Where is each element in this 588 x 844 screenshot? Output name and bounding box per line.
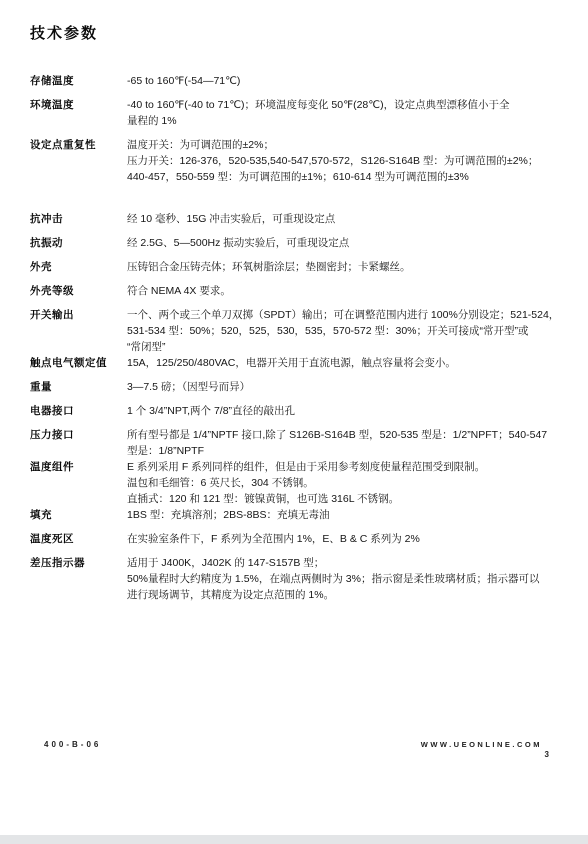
- spec-value: 15A，125/250/480VAC，电器开关用于直流电源，触点容量将会变小。: [127, 355, 560, 371]
- spec-row-ambient-temp: 环境温度 -40 to 160℉(-40 to 71℃)；环境温度每变化 50℉…: [30, 97, 560, 129]
- spec-row-electrical-connection: 电器接口 1 个 3/4”NPT,两个 7/8”直径的敲出孔: [30, 403, 560, 419]
- spec-row-shock-resistance: 抗冲击 经 10 毫秒、15G 冲击实验后，可重现设定点: [30, 211, 560, 227]
- spec-value: -40 to 160℉(-40 to 71℃)；环境温度每变化 50℉(28℃)…: [127, 97, 560, 129]
- spec-table: 存储温度 -65 to 160℉(-54—71℃) 环境温度 -40 to 16…: [30, 73, 560, 603]
- spec-row-fill: 填充 1BS 型：充填溶剂；2BS-8BS：充填无毒油: [30, 507, 560, 523]
- spec-label: 抗振动: [30, 235, 127, 251]
- spec-label: 电器接口: [30, 403, 127, 419]
- spec-label: 设定点重复性: [30, 137, 127, 185]
- bottom-edge-strip: [0, 835, 588, 844]
- website-text: WWW.UEONLINE.COM: [421, 740, 542, 749]
- document-code: 400-B-06: [44, 740, 101, 749]
- spec-row-pressure-connection: 压力接口 所有型号都是 1/4”NPTF 接口,除了 S126B-S164B 型…: [30, 427, 560, 459]
- spec-row-enclosure-rating: 外壳等级 符合 NEMA 4X 要求。: [30, 283, 560, 299]
- spec-label: 压力接口: [30, 427, 127, 459]
- spec-value: 在实验室条件下，F 系列为全范围内 1%，E、B & C 系列为 2%: [127, 531, 560, 547]
- spec-label: 外壳等级: [30, 283, 127, 299]
- spec-value: 1BS 型：充填溶剂；2BS-8BS：充填无毒油: [127, 507, 560, 523]
- spec-value: 经 10 毫秒、15G 冲击实验后，可重现设定点: [127, 211, 560, 227]
- page-number: 3: [421, 750, 549, 759]
- spec-value: -65 to 160℉(-54—71℃): [127, 73, 560, 89]
- spec-label: 温度组件: [30, 459, 127, 507]
- spec-value: E 系列采用 F 系列同样的组件，但是由于采用参考刻度使量程范围受到限制。 温包…: [127, 459, 560, 507]
- spec-row-enclosure: 外壳 压铸铝合金压铸壳体；环氧树脂涂层；垫圈密封；卡紧螺丝。: [30, 259, 560, 275]
- spec-label: 重量: [30, 379, 127, 395]
- page-title: 技术参数: [30, 22, 560, 43]
- spec-value: 温度开关：为可调范围的±2%； 压力开关：126-376，520-535,540…: [127, 137, 560, 185]
- spec-label: 差压指示器: [30, 555, 127, 603]
- spec-value: 一个、两个或三个单刀双掷（SPDT）输出；可在调整范围内进行 100%分别设定；…: [127, 307, 560, 355]
- spec-value: 经 2.5G、5—500Hz 振动实验后，可重现设定点: [127, 235, 560, 251]
- spec-row-temperature-deadband: 温度死区 在实验室条件下，F 系列为全范围内 1%，E、B & C 系列为 2%: [30, 531, 560, 547]
- spec-value: 适用于 J400K，J402K 的 147-S157B 型； 50%量程时大约精…: [127, 555, 560, 603]
- spec-value: 所有型号都是 1/4”NPTF 接口,除了 S126B-S164B 型，520-…: [127, 427, 560, 459]
- spec-row-setpoint-repeatability: 设定点重复性 温度开关：为可调范围的±2%； 压力开关：126-376，520-…: [30, 137, 560, 185]
- spec-value: 压铸铝合金压铸壳体；环氧树脂涂层；垫圈密封；卡紧螺丝。: [127, 259, 560, 275]
- spec-label: 抗冲击: [30, 211, 127, 227]
- footer-right: WWW.UEONLINE.COM 3: [421, 740, 542, 759]
- page-footer: 400-B-06 WWW.UEONLINE.COM 3: [44, 740, 542, 759]
- spec-label: 存储温度: [30, 73, 127, 89]
- spec-row-switch-output: 开关输出 一个、两个或三个单刀双掷（SPDT）输出；可在调整范围内进行 100%…: [30, 307, 560, 355]
- spec-row-storage-temp: 存储温度 -65 to 160℉(-54—71℃): [30, 73, 560, 89]
- spec-label: 环境温度: [30, 97, 127, 129]
- spec-value: 符合 NEMA 4X 要求。: [127, 283, 560, 299]
- document-page: 技术参数 存储温度 -65 to 160℉(-54—71℃) 环境温度 -40 …: [0, 0, 588, 603]
- spec-label: 触点电气额定值: [30, 355, 127, 371]
- spec-label: 外壳: [30, 259, 127, 275]
- spec-value: 3—7.5 磅；（因型号而异）: [127, 379, 560, 395]
- spec-row-contact-rating: 触点电气额定值 15A，125/250/480VAC，电器开关用于直流电源，触点…: [30, 355, 560, 371]
- spec-label: 开关输出: [30, 307, 127, 355]
- spec-row-weight: 重量 3—7.5 磅；（因型号而异）: [30, 379, 560, 395]
- spec-row-differential-pressure-indicator: 差压指示器 适用于 J400K，J402K 的 147-S157B 型； 50%…: [30, 555, 560, 603]
- spec-value: 1 个 3/4”NPT,两个 7/8”直径的敲出孔: [127, 403, 560, 419]
- spec-row-temperature-assembly: 温度组件 E 系列采用 F 系列同样的组件，但是由于采用参考刻度使量程范围受到限…: [30, 459, 560, 507]
- spec-row-vibration-resistance: 抗振动 经 2.5G、5—500Hz 振动实验后，可重现设定点: [30, 235, 560, 251]
- spec-label: 填充: [30, 507, 127, 523]
- spec-label: 温度死区: [30, 531, 127, 547]
